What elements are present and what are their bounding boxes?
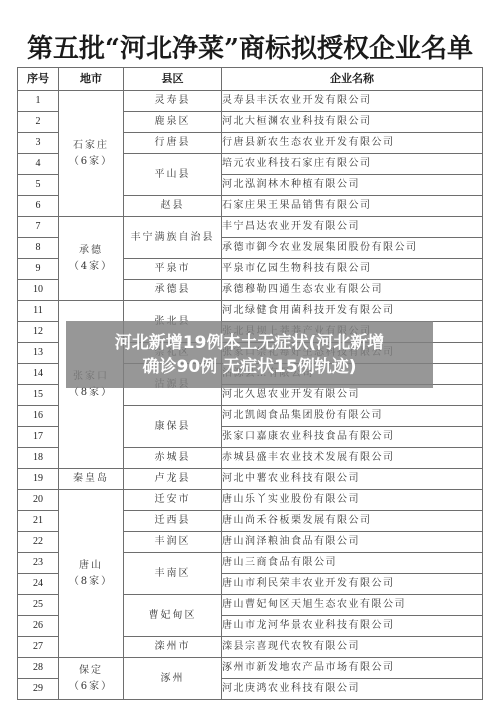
county-cell: 康保县 xyxy=(124,406,222,448)
county-cell: 赵县 xyxy=(124,196,222,217)
company-cell: 河北庚鸿农业科技有限公司 xyxy=(222,679,483,700)
table-row: 20 唐山 （8家） 迁安市 唐山乐丫实业股份有限公司 xyxy=(18,490,483,511)
company-cell: 平泉市亿园生物科技有限公司 xyxy=(222,259,483,280)
company-cell: 灵寿县丰沃农业开发有限公司 xyxy=(222,91,483,112)
serial-cell: 14 xyxy=(18,364,59,385)
serial-cell: 5 xyxy=(18,175,59,196)
serial-cell: 21 xyxy=(18,511,59,532)
company-cell: 石家庄果王果品销售有限公司 xyxy=(222,196,483,217)
county-cell: 涿州 xyxy=(124,658,222,700)
serial-cell: 24 xyxy=(18,574,59,595)
header-company: 企业名称 xyxy=(222,68,483,91)
serial-cell: 1 xyxy=(18,91,59,112)
serial-cell: 9 xyxy=(18,259,59,280)
table-row: 28 保定 （6家） 涿州 涿州市新发地农产品市场有限公司 xyxy=(18,658,483,679)
table-row: 11 张家口 （8家） 张北县 河北绿健食用菌科技开发有限公司 xyxy=(18,301,483,322)
company-cell: 承德市御今农业发展集团股份有限公司 xyxy=(222,238,483,259)
company-cell: 唐山乐丫实业股份有限公司 xyxy=(222,490,483,511)
county-cell: 迁西县 xyxy=(124,511,222,532)
serial-cell: 27 xyxy=(18,637,59,658)
table-header-row: 序号 地市 县区 企业名称 xyxy=(18,68,483,91)
county-cell: 行唐县 xyxy=(124,133,222,154)
serial-cell: 16 xyxy=(18,406,59,427)
company-cell: 河北绿健食用菌科技开发有限公司 xyxy=(222,301,483,322)
serial-cell: 6 xyxy=(18,196,59,217)
county-cell: 卢龙县 xyxy=(124,469,222,490)
company-cell: 行唐县新农生态农业开发有限公司 xyxy=(222,133,483,154)
serial-cell: 10 xyxy=(18,280,59,301)
serial-cell: 20 xyxy=(18,490,59,511)
serial-cell: 11 xyxy=(18,301,59,322)
city-cell-shijiazhuang: 石家庄 （6家） xyxy=(59,91,124,217)
county-cell: 丰润区 xyxy=(124,532,222,553)
county-cell: 迁安市 xyxy=(124,490,222,511)
company-cell: 张家口嘉康农业科技食品有限公司 xyxy=(222,427,483,448)
city-count: （8家） xyxy=(59,574,123,590)
company-cell: 唐山润泽粮油食品有限公司 xyxy=(222,532,483,553)
headline-line-2: 确诊90例 无症状15例轨迹) xyxy=(142,355,356,379)
county-cell: 平泉市 xyxy=(124,259,222,280)
city-name: 唐山 xyxy=(59,558,123,574)
headline-line-1: 河北新增19例本土无症状(河北新增 xyxy=(115,331,384,355)
company-cell: 承德穆勒四通生态农业有限公司 xyxy=(222,280,483,301)
company-cell: 唐山市利民荣丰农业开发有限公司 xyxy=(222,574,483,595)
serial-cell: 18 xyxy=(18,448,59,469)
company-cell: 丰宁昌达农业开发有限公司 xyxy=(222,217,483,238)
serial-cell: 13 xyxy=(18,343,59,364)
serial-cell: 29 xyxy=(18,679,59,700)
city-count: （6家） xyxy=(59,679,123,695)
city-count: （6家） xyxy=(59,154,123,170)
city-name: 石家庄 xyxy=(59,138,123,154)
city-name: 承德 xyxy=(59,243,123,259)
serial-cell: 4 xyxy=(18,154,59,175)
company-cell: 滦县宗喜现代农牧有限公司 xyxy=(222,637,483,658)
serial-cell: 25 xyxy=(18,595,59,616)
county-cell: 平山县 xyxy=(124,154,222,196)
city-cell-tangshan: 唐山 （8家） xyxy=(59,490,124,658)
serial-cell: 3 xyxy=(18,133,59,154)
company-cell: 涿州市新发地农产品市场有限公司 xyxy=(222,658,483,679)
company-cell: 培元农业科技石家庄有限公司 xyxy=(222,154,483,175)
company-cell: 唐山三商食品有限公司 xyxy=(222,553,483,574)
table-row: 1 石家庄 （6家） 灵寿县 灵寿县丰沃农业开发有限公司 xyxy=(18,91,483,112)
serial-cell: 8 xyxy=(18,238,59,259)
county-cell: 丰宁满族自治县 xyxy=(124,217,222,259)
company-cell: 唐山尚禾谷板栗发展有限公司 xyxy=(222,511,483,532)
header-county: 县区 xyxy=(124,68,222,91)
serial-cell: 22 xyxy=(18,532,59,553)
city-name: 保定 xyxy=(59,663,123,679)
serial-cell: 23 xyxy=(18,553,59,574)
table-row: 19 秦皇岛 卢龙县 河北中薯农业科技有限公司 xyxy=(18,469,483,490)
company-cell: 唐山曹妃甸区天旭生态农业有限公司 xyxy=(222,595,483,616)
company-cell: 河北大桓渊农业科技有限公司 xyxy=(222,112,483,133)
document-title: 第五批“河北净菜”商标拟授权企业名单 xyxy=(0,28,500,65)
header-city: 地市 xyxy=(59,68,124,91)
serial-cell: 12 xyxy=(18,322,59,343)
company-cell: 河北泓润林木种植有限公司 xyxy=(222,175,483,196)
header-serial: 序号 xyxy=(18,68,59,91)
serial-cell: 26 xyxy=(18,616,59,637)
county-cell: 灵寿县 xyxy=(124,91,222,112)
county-cell: 丰南区 xyxy=(124,553,222,595)
company-cell: 赤城县盛丰农业技术发展有限公司 xyxy=(222,448,483,469)
county-cell: 滦州市 xyxy=(124,637,222,658)
serial-cell: 7 xyxy=(18,217,59,238)
company-cell: 河北中薯农业科技有限公司 xyxy=(222,469,483,490)
city-count: （4家） xyxy=(59,259,123,275)
city-cell-qinhuangdao: 秦皇岛 xyxy=(59,469,124,490)
serial-cell: 15 xyxy=(18,385,59,406)
company-cell: 河北凯闼食品集团股份有限公司 xyxy=(222,406,483,427)
county-cell: 鹿泉区 xyxy=(124,112,222,133)
company-cell: 唐山市龙河华景农业科技有限公司 xyxy=(222,616,483,637)
city-cell-baoding: 保定 （6家） xyxy=(59,658,124,700)
serial-cell: 28 xyxy=(18,658,59,679)
city-cell-chengde: 承德 （4家） xyxy=(59,217,124,301)
headline-overlay: 河北新增19例本土无症状(河北新增 确诊90例 无症状15例轨迹) xyxy=(66,321,433,388)
serial-cell: 19 xyxy=(18,469,59,490)
serial-cell: 17 xyxy=(18,427,59,448)
county-cell: 赤城县 xyxy=(124,448,222,469)
serial-cell: 2 xyxy=(18,112,59,133)
table-row: 7 承德 （4家） 丰宁满族自治县 丰宁昌达农业开发有限公司 xyxy=(18,217,483,238)
county-cell: 承德县 xyxy=(124,280,222,301)
county-cell: 曹妃甸区 xyxy=(124,595,222,637)
